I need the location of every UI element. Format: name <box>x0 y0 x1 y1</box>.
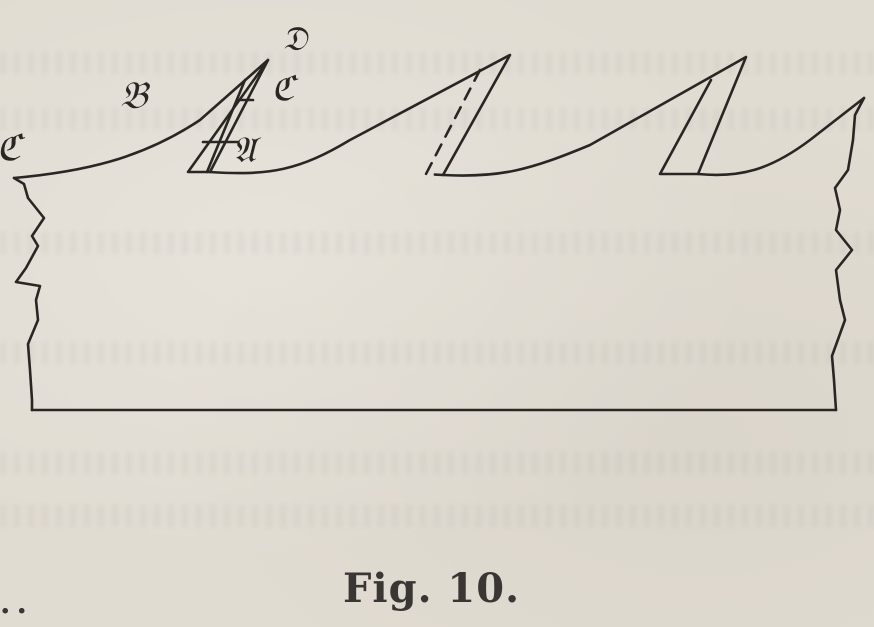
left-broken-edge <box>14 178 44 410</box>
tooth-1-back-line <box>188 60 268 172</box>
label-d: 𝔇 <box>282 19 309 59</box>
label-c-left: ℭ <box>0 128 26 169</box>
scanned-page: 𝔇 ℭ 𝔅 𝔄 ℭ .. Fig. 10. <box>0 0 874 627</box>
trailing-marks: .. <box>0 586 33 621</box>
label-c-top: ℭ <box>271 69 299 109</box>
figure-caption: Fig. 10. <box>343 565 520 612</box>
saw-blade-diagram: 𝔇 ℭ 𝔅 𝔄 ℭ <box>0 0 874 627</box>
label-b: 𝔅 <box>120 73 151 117</box>
label-a: 𝔄 <box>232 130 262 171</box>
right-broken-edge <box>832 98 864 410</box>
